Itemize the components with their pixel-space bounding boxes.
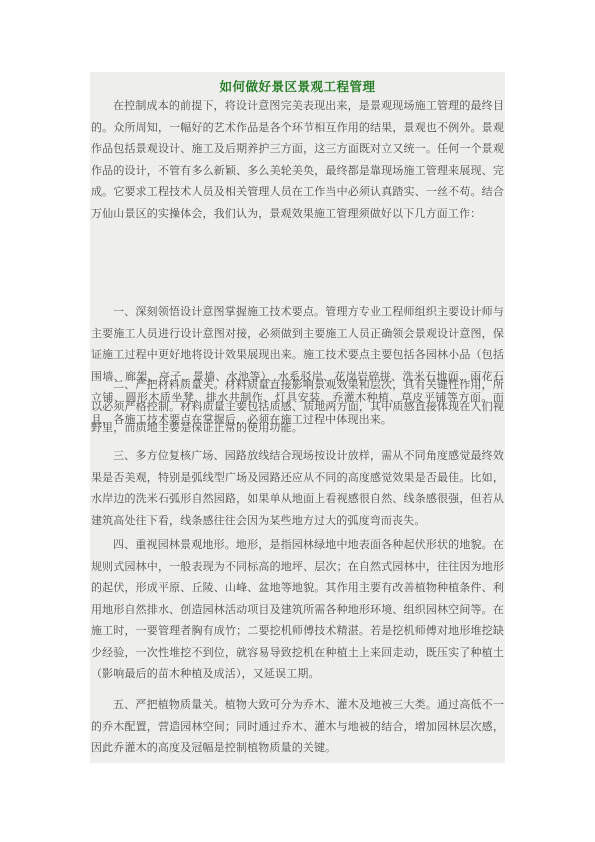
section-4-paragraph: 四、重视园林景观地形。地形，是指园林绿地中地表面各种起伏形状的地貌。在规则式园林… [91,534,504,685]
article-title: 如何做好景区景观工程管理 [90,77,505,95]
section-3-paragraph: 三、多方位复核广场、园路放线结合现场按设计放样，需从不同角度感觉最终效果是否美观… [91,445,504,531]
section-2-paragraph: 二、严把材料质量关。材料质量直接影响景观效果和层次，具有关键性作用，所以必须严格… [91,374,504,439]
document-page: 如何做好景区景观工程管理 在控制成本的前提下，将设计意图完美表现出来，是景观现场… [0,0,595,842]
section-5-paragraph: 五、严把植物质量关。植物大致可分为乔木、灌木及地被三大类。通过高低不一的乔木配置… [91,694,504,759]
intro-paragraph: 在控制成本的前提下，将设计意图完美表现出来，是景观现场施工管理的最终目的。众所周… [91,95,504,224]
article-panel: 如何做好景区景观工程管理 在控制成本的前提下，将设计意图完美表现出来，是景观现场… [90,72,505,763]
